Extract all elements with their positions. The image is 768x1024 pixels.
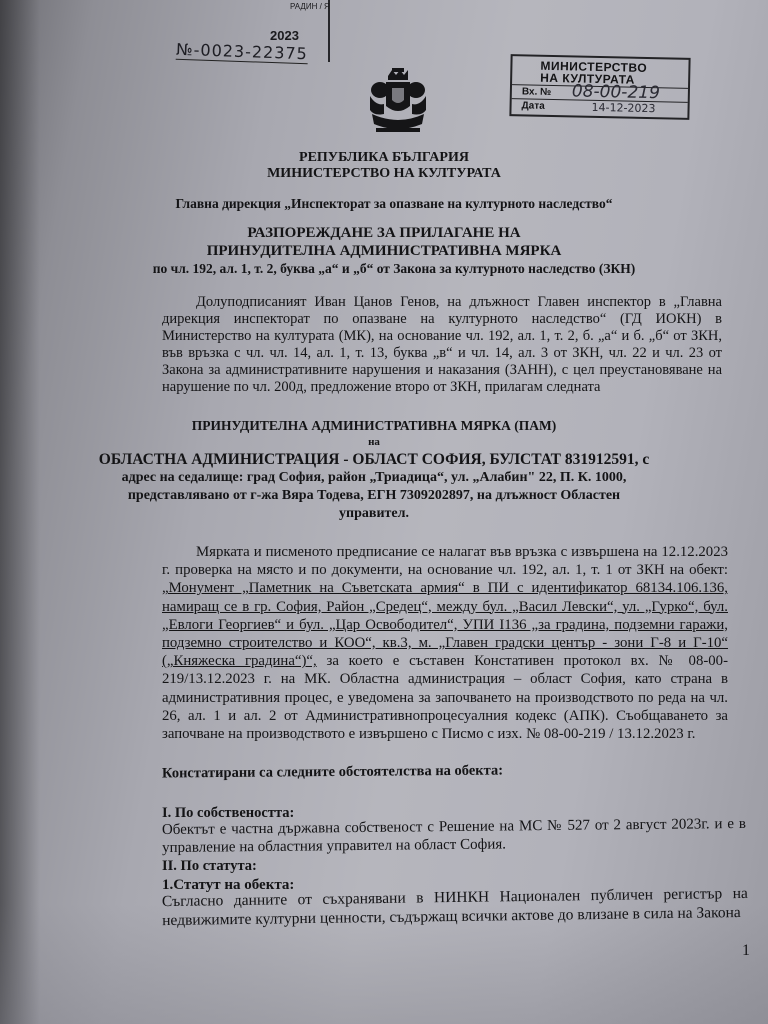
body-paragraph: Мярката и писменото предписание се налаг… — [162, 543, 728, 743]
intro-paragraph: Долуподписаният Иван Цанов Генов, на длъ… — [162, 294, 722, 396]
ministry-heading: МИНИСТЕРСТВО НА КУЛТУРАТА — [0, 166, 768, 182]
document-title-line1: РАЗПОРЕЖДАНЕ ЗА ПРИЛАГАНЕ НА — [0, 225, 768, 242]
stamp-date-value: 14-12-2023 — [591, 101, 655, 115]
document-title-line2: ПРИНУДИТЕЛНА АДМИНИСТРАТИВНА МЯРКА — [0, 243, 768, 260]
measure-title: ПРИНУДИТЕЛНА АДМИНИСТРАТИВНА МЯРКА (ПАМ) — [0, 418, 758, 434]
findings-heading: Констатирани са следните обстоятелства н… — [162, 763, 503, 783]
country-heading: РЕПУБЛИКА БЪЛГАРИЯ — [0, 150, 768, 166]
page-number: 1 — [742, 942, 750, 960]
stamp-date-label: Дата — [521, 100, 544, 111]
registry-stamp-fragment: РАДИН / Я — [290, 2, 330, 11]
addressee-line2: адрес на седалище: град София, район „Тр… — [0, 470, 758, 486]
registry-number: №-0023-22375 — [176, 40, 308, 65]
measure-on: на — [0, 436, 758, 448]
addressee-line4: управител. — [0, 506, 758, 522]
registry-stamp-year: 2023 — [270, 28, 299, 43]
status-section-title: II. По статута: — [162, 858, 257, 875]
directorate-heading: Главна дирекция „Инспекторат за опазване… — [10, 196, 768, 212]
legal-basis: по чл. 192, ал. 1, т. 2, буква „а“ и „б“… — [10, 261, 768, 277]
body-lead: Мярката и писменото предписание се налаг… — [162, 544, 728, 578]
registry-stamp: РАДИН / Я 2023 №-0023-22375 — [170, 0, 330, 62]
stamp-incoming-label: Вх. № — [522, 86, 552, 98]
addressee-line1: ОБЛАСТНА АДМИНИСТРАЦИЯ - ОБЛАСТ СОФИЯ, Б… — [0, 451, 758, 469]
ministry-incoming-stamp: МИНИСТЕРСТВО НА КУЛТУРАТА Вх. № 08-00-21… — [509, 54, 690, 120]
addressee-line3: представлявано от г-жа Вяра Тодева, ЕГН … — [0, 488, 758, 504]
ownership-section-text: Обектът е частна държавна собственост с … — [162, 815, 746, 857]
document-page: РАДИН / Я 2023 №-0023-22375 МИНИСТЕРСТВО… — [0, 0, 768, 1024]
bulgarian-coat-of-arms-icon — [362, 66, 434, 138]
